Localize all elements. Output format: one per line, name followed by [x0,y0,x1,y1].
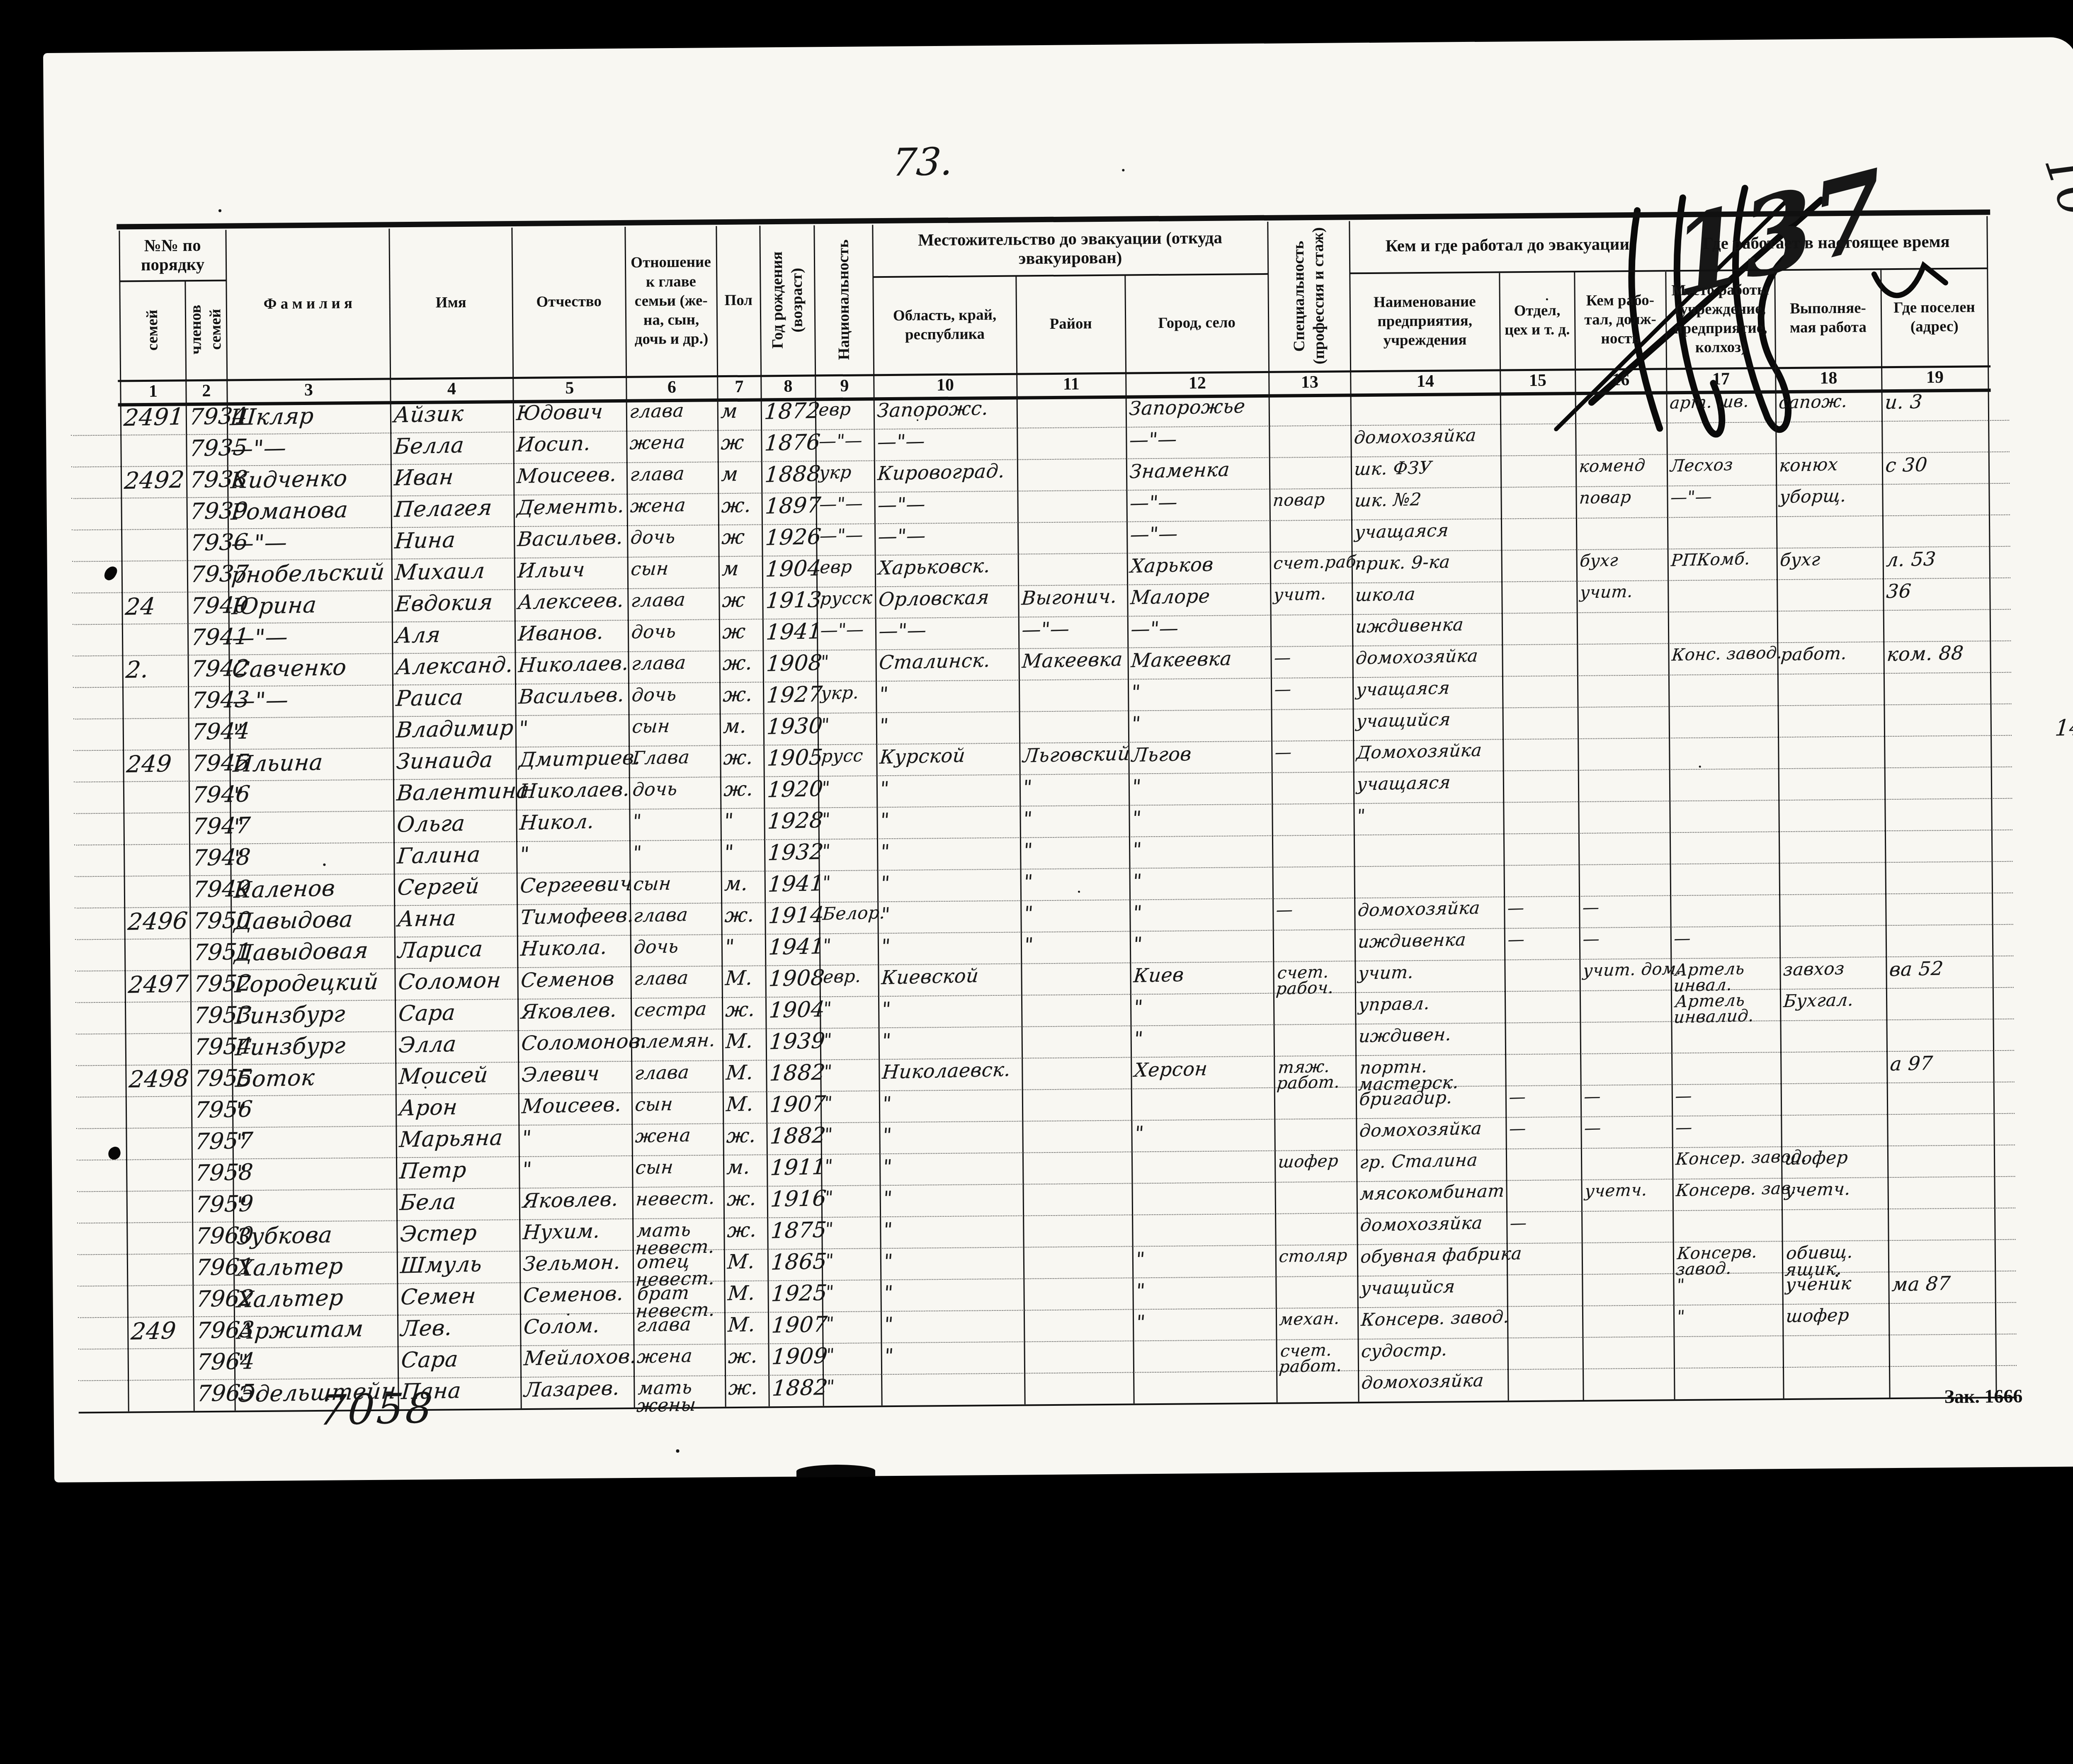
paper-speck [676,1449,679,1453]
table-cell: " [1133,932,1300,953]
table-cell: —"— [231,624,419,649]
column-number: 18 [1775,367,1881,389]
table-cell: 36 [1886,580,2016,601]
ink-blot [102,564,119,582]
paper-speck [218,209,221,212]
table-cell: л. 53 [1886,548,2016,569]
table-cell: —"— [877,493,1044,514]
group-header: Кем и где работал до эвакуации [1349,219,1665,271]
table-cell: " [1131,679,1298,701]
table-cell: " [1131,711,1298,733]
table-cell: " [884,1312,1051,1333]
table-cell: — [1673,928,1806,946]
column-number: 1 [120,380,186,402]
table-cell: " [882,1154,1049,1176]
table-cell: Кидченко [230,466,418,491]
table-cell: обувная фабрика [1360,1245,1534,1265]
table-cell: Аржитам [237,1317,425,1342]
table-cell: ком. 88 [1886,643,2017,664]
table-cell: Курской [879,745,1046,766]
column-header: Кем рабо- тал, долж- ность [1574,273,1666,366]
table-cell: " [1132,869,1299,890]
table-cell: " [882,1123,1049,1144]
table-cell: а 97 [1889,1052,2020,1073]
column-number: 11 [1017,373,1126,396]
table-cell: —"— [230,434,418,460]
table-cell: " [879,713,1046,735]
paper-speck [567,1313,569,1315]
table-cell: Орловская [878,587,1045,609]
table-cell: Зубкова [236,1222,424,1247]
table-cell: " [884,1343,1051,1365]
table-cell: " [1133,995,1300,1016]
column-header: Место работы (учреждение, предприятие, к… [1665,272,1775,365]
table-cell: ма 87 [1891,1273,2022,1294]
table-cell: " [1132,837,1299,859]
table-cell: —"— [877,524,1044,546]
table-cell: с 30 [1885,454,2015,475]
column-header-label: семей [143,309,163,350]
table-cell: " [235,1191,423,1216]
table-cell: " [826,1376,908,1395]
column-number: 15 [1500,369,1575,391]
scanned-registry-page: 73. 137 10 14 7058 Зак. 1666 №№ по поряд… [43,37,2073,1482]
table-cell: " [879,776,1046,798]
paper-speck [1398,531,1401,534]
table-cell: —"— [1129,428,1296,449]
column-number: 17 [1666,368,1775,390]
table-cell: Юрина [231,592,419,617]
table-cell: " [1131,774,1299,796]
table-cell: " [880,871,1047,892]
table-cell: " [880,808,1047,829]
column-number: 8 [761,375,815,397]
table-cell: " [1134,1121,1301,1142]
paper-speck [1546,298,1548,301]
table-cell: — [1675,1085,1808,1104]
table-cell: Кировоград. [877,461,1044,483]
paper-speck [323,864,325,866]
table-cell: учит. [1580,582,1695,601]
table-cell: " [1134,1026,1301,1048]
table-cell: " [233,781,420,806]
paper-speck [1122,169,1124,172]
column-header: Ф а м и л и я [226,231,390,376]
group-header: Местожительство до эвакуации (откуда эва… [872,223,1268,274]
paper-speck [425,1087,427,1089]
table-cell: Шкляр [229,403,417,428]
table-cell: " [881,1028,1049,1050]
table-cell: Гинзбург [234,1033,422,1058]
table-cell: Савченко [231,655,419,680]
table-cell: — [1510,1213,1608,1231]
table-cell: " [883,1186,1050,1207]
table-cell: Каленов [233,876,421,901]
column-line [1880,270,1890,1398]
column-number: 13 [1269,371,1350,393]
paper-speck [917,419,918,421]
column-header: Район [1016,278,1126,371]
table-cell: " [1135,1278,1302,1300]
table-cell: " [237,1348,425,1373]
column-header-label: Национальность [833,239,854,360]
table-cell: Бухгал. [1783,990,1913,1009]
table-cell: " [881,997,1048,1018]
paper-speck [1699,766,1701,768]
column-header-label: Год рождения (возраст) [767,228,808,373]
table-cell: —"— [231,529,418,554]
column-header-label: членов семей [186,283,226,376]
table-cell: Малоре [1130,585,1297,607]
table-cell: " [233,844,421,869]
table-cell: —"— [232,687,420,712]
table-cell: Консерв. завод. [1360,1308,1534,1328]
column-header: Наименование предприятия, учреждения [1350,274,1500,368]
table-cell: Давыдовая [234,939,422,964]
table-cell: Киевской [881,965,1048,987]
table-cell: Хальтер [236,1254,424,1279]
table-cell: Гинзбург [234,1002,422,1027]
column-header-rotated: членов семей [185,283,227,376]
column-header: Город, село [1125,277,1269,370]
table-cell: " [1136,1310,1303,1331]
table-cell: Запорожс. [876,398,1044,420]
ink-smudge [796,1464,875,1477]
column-number: 3 [227,379,390,401]
table-cell: Сталинск. [879,650,1046,672]
corner-mark-annotation: 10 [2038,148,2073,223]
table-cell: шофер [1784,1148,1914,1167]
group-header: Где работает в настоящее время [1665,217,1987,268]
table-cell: " [235,1096,423,1121]
table-cell: уборщ. [1779,486,1909,506]
column-number: 9 [815,375,874,397]
table-cell: " [882,1091,1049,1113]
column-header-label: Специальность (профессия и стаж) [1289,224,1329,369]
column-header-rotated: семей [119,283,186,376]
table-cell: шофер [1785,1305,1915,1325]
column-number: 6 [626,376,717,398]
table-cell: — [1582,898,1697,916]
table-cell: " [880,902,1047,924]
paper-speck [1078,890,1080,893]
table-cell: " [880,839,1047,861]
column-number: 19 [1881,366,1988,388]
table-cell: " [881,934,1048,955]
column-header-rotated: Специальность (профессия и стаж) [1267,223,1350,369]
table-cell: " [235,1159,423,1184]
table-cell: Запорожье [1129,396,1296,418]
table-cell: — [1675,1117,1808,1136]
column-number: 4 [390,378,513,400]
table-cell: Хальтер [236,1285,424,1310]
table-cell: " [883,1280,1050,1302]
column-header-rotated: Национальность [814,227,874,372]
table-cell: Эдельштейн [237,1380,425,1405]
column-number: 14 [1350,370,1500,393]
table-cell: Ильина [232,750,420,775]
table-cell: Романова [230,497,418,523]
table-cell: Николаевск. [881,1060,1049,1081]
ink-blot [107,1145,122,1161]
table-cell: Льгов [1131,742,1298,764]
table-cell: " [1132,900,1299,922]
registry-table: №№ по порядкуМестожительство до эвакуаци… [119,216,1996,1411]
table-cell: " [233,813,420,838]
table-cell: —"— [1130,617,1297,638]
column-number: 16 [1575,369,1666,391]
table-cell: —"— [878,619,1045,640]
table-cell: Киев [1133,963,1300,985]
column-number: 12 [1126,372,1269,395]
table-cell: " [1135,1247,1302,1268]
column-header: Где поселен (адрес) [1881,271,1988,364]
column-header: Отчество [512,229,626,374]
table-cell: " [879,682,1046,703]
table-cell: " [1131,806,1299,827]
column-header-rotated: Год рождения (возраст) [760,228,815,372]
column-header: Выполняе- мая работа [1774,272,1881,364]
table-cell: " [883,1217,1050,1239]
column-number: 10 [874,374,1017,397]
column-header: Имя [389,230,513,375]
column-number: 7 [717,376,761,398]
column-line [1574,272,1584,1400]
table-cell: и. 3 [1884,391,2015,412]
table-cell: Знаменка [1129,459,1296,481]
table-cell: Боток [235,1065,422,1090]
table-cell: рнобельский [231,561,418,586]
paper-speck [1835,1274,1838,1277]
column-header: Отношение к главе семьи (же- на, сын, до… [625,228,717,374]
table-cell: —"— [1129,491,1296,512]
group-header: №№ по порядку [119,231,226,280]
table-cell: Давыдова [233,907,421,932]
column-line [1774,271,1784,1398]
group-header-rule [119,280,226,282]
column-header: Область, край, республика [873,279,1017,372]
table-cell: Макеевка [1131,648,1298,670]
table-cell: " [232,718,420,743]
column-line [1665,272,1675,1399]
margin-note-annotation: 14 [2054,717,2073,739]
table-cell: ва 52 [1889,958,2019,979]
column-number: 5 [513,377,626,399]
table-cell: —"— [1129,522,1296,544]
column-header: Отдел, цех и т. д. [1499,274,1575,366]
column-number: 2 [186,380,227,402]
table-cell: Херсон [1134,1058,1301,1079]
table-cell: " [883,1249,1050,1270]
table-cell: Харьковск. [878,556,1045,577]
page-number-annotation: 73. [891,143,954,181]
scanner-background: { "colors": {"background":"#000000","pap… [0,0,2073,1764]
table-cell: " [235,1128,423,1153]
table-cell: Харьков [1130,554,1297,575]
table-cell: —"— [876,429,1044,451]
column-header: Пол [716,228,761,373]
table-cell: Городецкий [234,970,422,995]
table-cell: учетч. [1784,1179,1915,1199]
